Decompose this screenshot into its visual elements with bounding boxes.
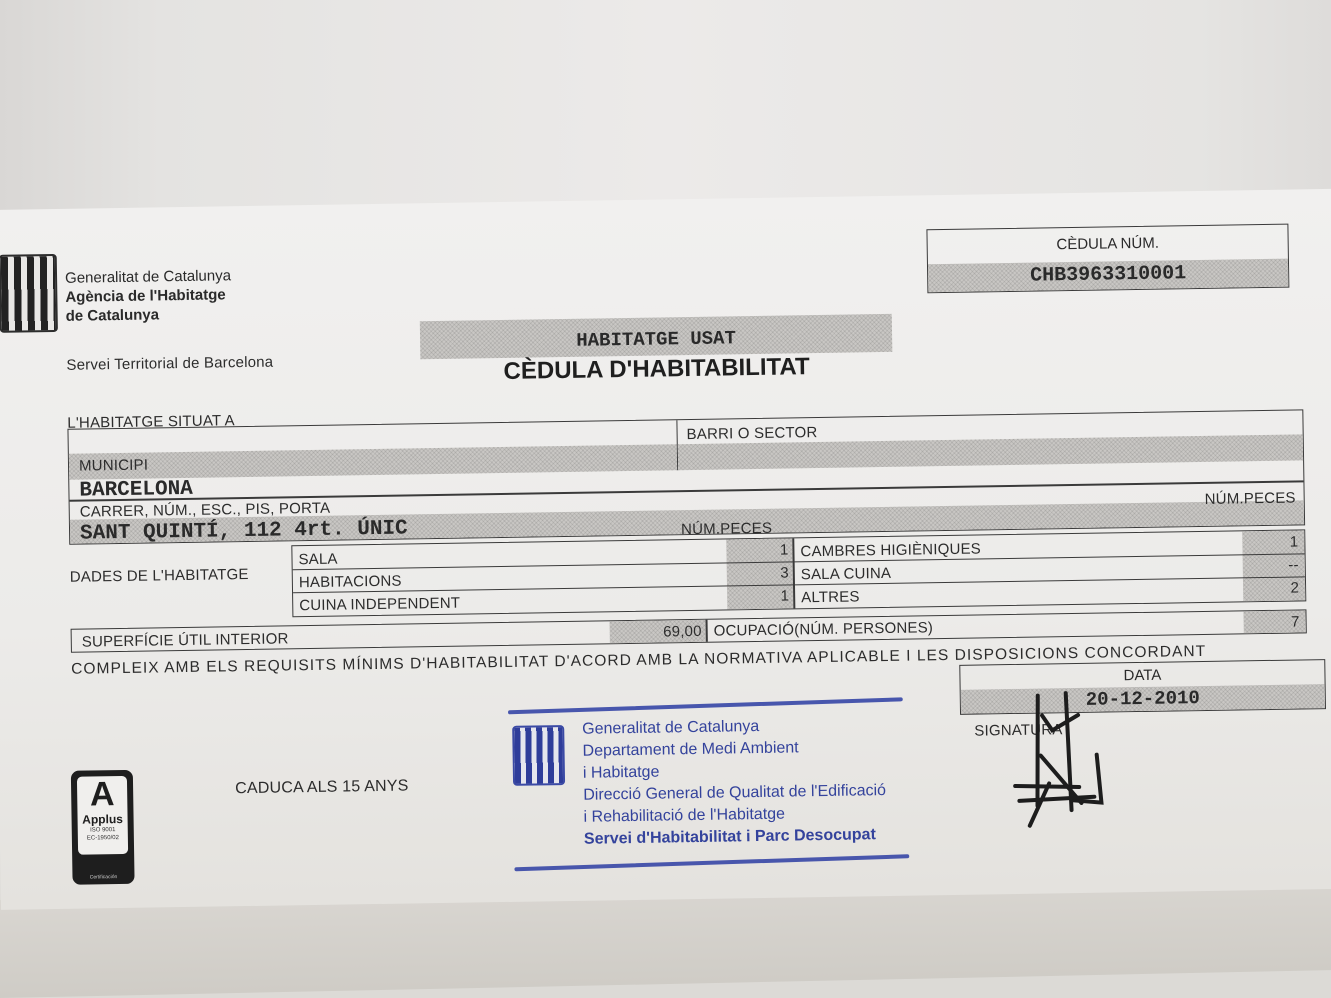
applus-mark: A (77, 776, 128, 813)
issuer-line2: Agència de l'Habitatge (65, 285, 231, 307)
issuer-line3: de Catalunya (66, 304, 232, 326)
stamp-bold-line: Servei d'Habitabilitat i Parc Desocupat (584, 824, 887, 851)
room-value-cuina-independent: 1 (763, 587, 789, 604)
applus-certification-badge: A Applus ISO 9001 EC-1950/02 Certificaci… (71, 770, 135, 885)
room-value-sala-cuina: -- (1288, 556, 1299, 573)
occupancy-label: OCUPACIÓ(NÚM. PERSONES) (714, 619, 934, 639)
applus-brand: Applus (77, 812, 127, 827)
room-label-sala: SALA (298, 551, 337, 569)
catalonia-coat-of-arms-icon (0, 254, 58, 333)
signature-scribble (1008, 684, 1120, 836)
room-label-sala-cuina: SALA CUINA (801, 565, 892, 583)
district-label: BARRI O SECTOR (686, 424, 817, 443)
surface-label: SUPERFÍCIE ÚTIL INTERIOR (82, 630, 289, 650)
room-label-altres: ALTRES (801, 588, 860, 606)
address-value: SANT QUINTÍ, 112 4rt. ÚNIC (80, 517, 408, 545)
room-label-cuina-independent: CUINA INDEPENDENT (299, 595, 460, 615)
room-value-sala: 1 (762, 542, 788, 559)
applus-footer: Certificación (72, 874, 134, 881)
cedula-number-value: CHB3963310001 (928, 259, 1288, 293)
rooms-table: SALA 1 HABITACIONS 3 CUINA INDEPENDENT 1… (291, 529, 1306, 617)
date-label: DATA (960, 660, 1324, 687)
expiry-notice: CADUCA ALS 15 ANYS (235, 777, 409, 798)
applus-code: EC-1950/02 (78, 834, 128, 843)
dwelling-data-label: DADES DE L'HABITATGE (70, 566, 249, 586)
room-value-altres: 2 (1290, 579, 1299, 596)
room-label-cambres-higieniques: CAMBRES HIGIÈNIQUES (800, 540, 981, 560)
cedula-number-label: CÈDULA NÚM. (927, 225, 1287, 256)
document-title: CÈDULA D'HABITABILITAT (420, 352, 892, 387)
habitability-certificate: Generalitat de Catalunya Agència de l'Ha… (0, 189, 1331, 910)
issuer-line1: Generalitat de Catalunya (65, 266, 231, 288)
left-count-header: NÚM.PECES (681, 520, 772, 538)
territorial-service: Servei Territorial de Barcelona (66, 354, 273, 374)
surface-value: 69,00 (610, 623, 702, 641)
stamp-top-line (508, 697, 903, 714)
municipality-label: MUNICIPI (79, 457, 148, 475)
right-count-header: NÚM.PECES (1205, 490, 1296, 508)
occupancy-value: 7 (1291, 613, 1300, 630)
cedula-number-box: CÈDULA NÚM. CHB3963310001 (926, 224, 1289, 294)
official-stamp: Generalitat de Catalunya Departament de … (582, 714, 887, 851)
room-value-cambres-higieniques: 1 (1290, 533, 1299, 550)
room-label-habitacions: HABITACIONS (299, 573, 402, 592)
stamp-bottom-line (514, 854, 909, 871)
issuer-block: Generalitat de Catalunya Agència de l'Ha… (65, 266, 232, 326)
room-value-habitacions: 3 (763, 564, 789, 581)
stamp-coat-of-arms-icon (512, 725, 565, 786)
